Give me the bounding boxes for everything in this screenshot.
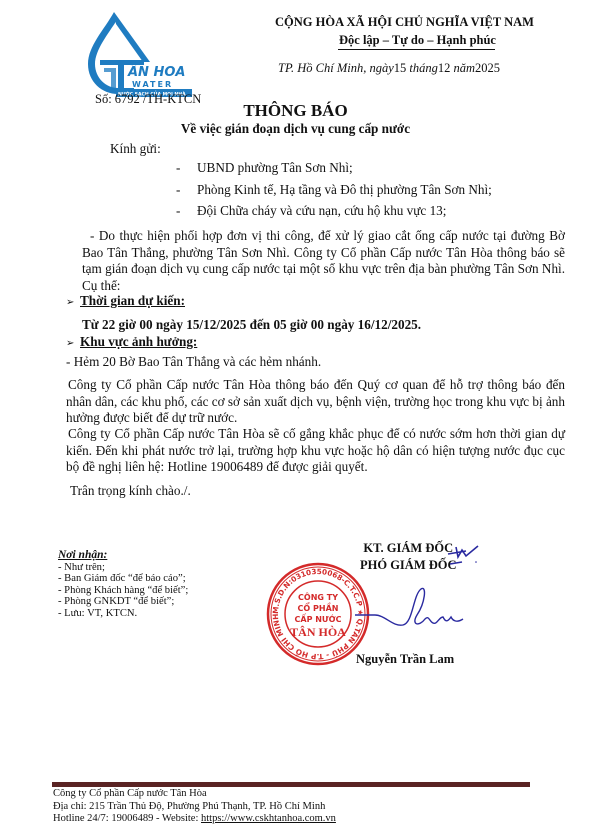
affected-area: - Hẻm 20 Bờ Bao Tân Thắng và các hẻm nhá… xyxy=(66,354,321,370)
list-dash: - xyxy=(176,157,197,179)
list-dash: - xyxy=(176,179,197,201)
footer-divider xyxy=(52,782,530,787)
restore-paragraph: Công ty Cổ phần Cấp nước Tân Hòa sẽ cố g… xyxy=(66,426,565,476)
motto-underline xyxy=(338,49,495,50)
support-paragraph: Công ty Cổ phần Cấp nước Tân Hòa thông b… xyxy=(66,377,565,427)
recipient-text: UBND phường Tân Sơn Nhì; xyxy=(197,160,353,175)
area-heading-text: Khu vực ảnh hưởng: xyxy=(80,334,197,349)
recipient-text: Đội Chữa cháy và cứu nạn, cứu hộ khu vực… xyxy=(197,203,446,218)
date-month-label: tháng xyxy=(406,61,438,75)
receivers-heading: Nơi nhận: xyxy=(58,549,188,562)
website-link[interactable]: https://www.cskhtanhoa.com.vn xyxy=(201,813,336,824)
time-heading: ➢Thời gian dự kiến: xyxy=(66,293,185,309)
recipient-item: -Phòng Kinh tế, Hạ tầng và Đô thị phường… xyxy=(176,179,492,201)
date-year: 2025 xyxy=(475,61,500,75)
receiver-item: - Phòng GNKDT “để biết”; xyxy=(58,596,188,607)
signature-title-line1: KT. GIÁM ĐỐC xyxy=(360,540,457,557)
date-month: 12 xyxy=(438,61,451,75)
initials-icon xyxy=(446,544,486,572)
date-day: 15 xyxy=(394,61,407,75)
recipient-item: -Đội Chữa cháy và cứu nạn, cứu hộ khu vự… xyxy=(176,200,492,222)
svg-text:WATER: WATER xyxy=(132,80,173,89)
time-heading-text: Thời gian dự kiến: xyxy=(80,293,185,308)
svg-text:CẤP NƯỚC: CẤP NƯỚC xyxy=(295,612,342,624)
document-title: THÔNG BÁO xyxy=(0,101,591,121)
footer-hotline: Hotline 24/7: 19006489 - Website: xyxy=(53,813,201,824)
svg-text:CỔ PHẦN: CỔ PHẦN xyxy=(298,601,339,613)
footer-company: Công ty Cổ phần Cấp nước Tân Hòa xyxy=(53,788,336,801)
handwritten-signature xyxy=(355,585,485,645)
receiver-item: - Ban Giám đốc “để báo cáo”; xyxy=(58,573,188,584)
document-subtitle: Về việc gián đoạn dịch vụ cung cấp nước xyxy=(0,121,591,137)
svg-text:TÂN HÒA: TÂN HÒA xyxy=(290,625,346,639)
signature-title-line2: PHÓ GIÁM ĐỐC xyxy=(360,557,457,574)
receivers-block: Nơi nhận: - Như trên; - Ban Giám đốc “để… xyxy=(58,549,188,619)
footer: Công ty Cổ phần Cấp nước Tân Hòa Địa chỉ… xyxy=(53,788,336,826)
greeting: Kính gửi: xyxy=(110,141,161,157)
svg-text:ÂN HOA: ÂN HOA xyxy=(127,64,185,80)
intro-paragraph: - Do thực hiện phối hợp đơn vị thi công,… xyxy=(82,228,565,294)
recipient-list: -UBND phường Tân Sơn Nhì; -Phòng Kinh tế… xyxy=(176,157,492,222)
initials-mark xyxy=(446,544,486,572)
arrow-bullet-icon: ➢ xyxy=(66,338,80,349)
footer-address: Địa chỉ: 215 Trần Thủ Độ, Phường Phú Thạ… xyxy=(53,801,336,814)
signature-scribble-icon xyxy=(355,585,485,645)
national-motto: Độc lập – Tự do – Hạnh phúc xyxy=(339,33,496,48)
recipient-text: Phòng Kinh tế, Hạ tầng và Đô thị phường … xyxy=(197,182,492,197)
area-heading: ➢Khu vực ảnh hưởng: xyxy=(66,334,197,350)
outage-time-range: Từ 22 giờ 00 ngày 15/12/2025 đến 05 giờ … xyxy=(82,317,421,333)
signature-title: KT. GIÁM ĐỐC PHÓ GIÁM ĐỐC xyxy=(360,540,457,574)
signer-name: Nguyễn Trần Lam xyxy=(356,652,454,667)
date-place: TP. Hồ Chí Minh, ngày xyxy=(278,61,394,75)
footer-contact: Hotline 24/7: 19006489 - Website: https:… xyxy=(53,813,336,826)
water-drop-logo-icon: ÂN HOA WATER NƯỚC SẠCH CỦA MỌI NHÀ xyxy=(86,8,196,98)
receiver-item: - Phòng Khách hàng “để biết”; xyxy=(58,585,188,596)
closing-line: Trân trọng kính chào./. xyxy=(70,483,191,499)
arrow-bullet-icon: ➢ xyxy=(66,297,80,308)
place-and-date: TP. Hồ Chí Minh, ngày15 tháng12 năm2025 xyxy=(278,61,500,76)
receiver-item: - Lưu: VT, KTCN. xyxy=(58,608,188,619)
list-dash: - xyxy=(176,200,197,222)
company-logo: ÂN HOA WATER NƯỚC SẠCH CỦA MỌI NHÀ xyxy=(86,8,196,98)
national-title: CỘNG HÒA XÃ HỘI CHỦ NGHĨA VIỆT NAM xyxy=(275,15,534,30)
receiver-item: - Như trên; xyxy=(58,562,188,573)
recipient-item: -UBND phường Tân Sơn Nhì; xyxy=(176,157,492,179)
svg-text:CÔNG TY: CÔNG TY xyxy=(298,591,338,602)
date-year-label: năm xyxy=(450,61,475,75)
